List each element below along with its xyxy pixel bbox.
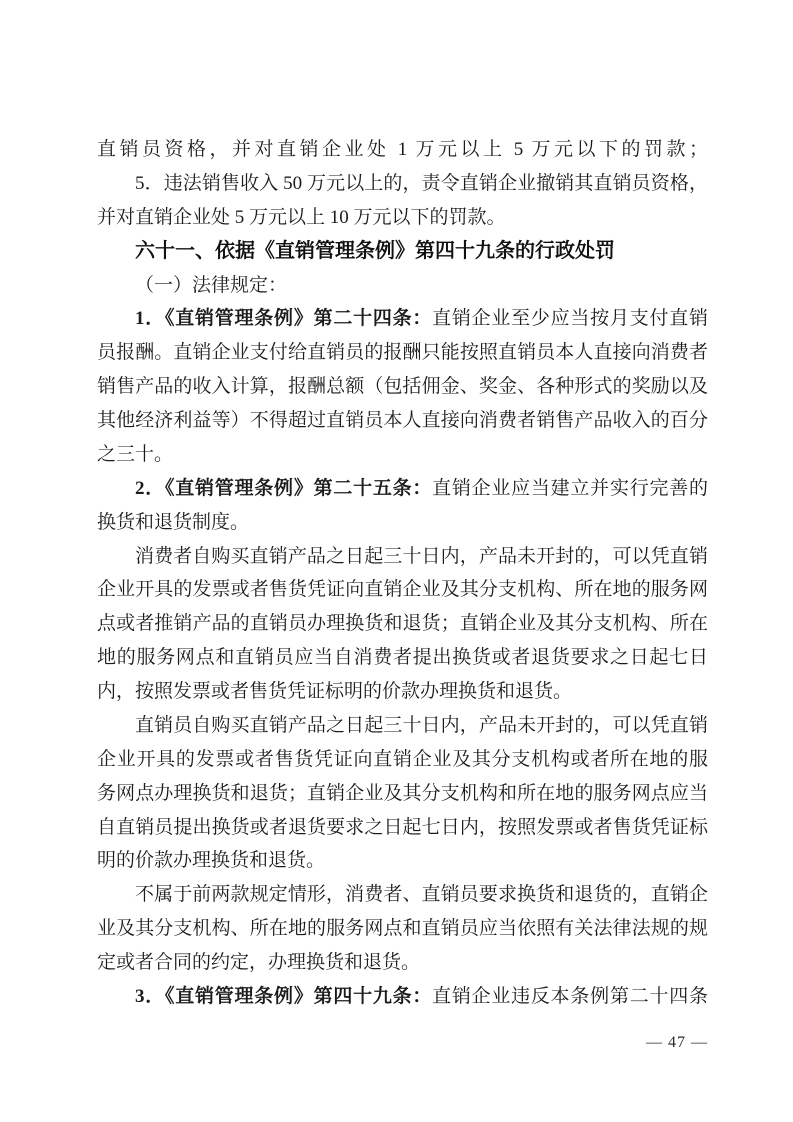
text-line: 3．《直销管理条例》第四十九条：直销企业违反本条例第二十四条 [97,980,708,1014]
text-segment: 直销企业应当建立并实行完善的 [432,478,708,499]
text-segment: 地的服务网点和直销员应当自消费者提出换货或者退货要求之日起七日 [97,647,708,668]
bold-lead-segment: 六十一、依据《直销管理条例》第四十九条的行政处罚 [135,240,615,262]
text-segment: 直销员资格，并对直销企业处 1 万元以上 5 万元以下的罚款； [97,139,708,160]
text-segment: 明的价款办理换货和退货。 [97,850,325,871]
text-segment: 并对直销企业处 5 万元以上 10 万元以下的罚款。 [97,207,506,228]
text-segment: 企业开具的发票或者售货凭证向直销企业及其分支机构或者所在地的服 [97,749,708,770]
text-line: 业及其分支机构、所在地的服务网点和直销员应当依照有关法律法规的规 [97,912,708,946]
text-line: 换货和退货制度。 [97,506,708,540]
text-segment: 不属于前两款规定情形，消费者、直销员要求换货和退货的，直销企 [135,884,708,905]
text-segment: 自直销员提出换货或者退货要求之日起七日内，按照发票或者售货凭证标 [97,817,708,838]
text-line: 销售产品的收入计算，报酬总额（包括佣金、奖金、各种形式的奖励以及 [97,370,708,404]
text-line: 不属于前两款规定情形，消费者、直销员要求换货和退货的，直销企 [97,878,708,912]
text-line: 明的价款办理换货和退货。 [97,844,708,878]
text-segment: 换货和退货制度。 [97,512,249,533]
text-segment: 5．违法销售收入 50 万元以上的，责令直销企业撤销其直销员资格， [135,173,708,194]
bold-lead-segment: 2．《直销管理条例》第二十五条： [135,478,432,499]
text-segment: 销售产品的收入计算，报酬总额（包括佣金、奖金、各种形式的奖励以及 [97,376,708,397]
text-segment: 直销员自购买直销产品之日起三十日内，产品未开封的，可以凭直销 [135,715,708,736]
text-line: 企业开具的发票或者售货凭证向直销企业及其分支机构或者所在地的服 [97,743,708,777]
text-line: 其他经济利益等）不得超过直销员本人直接向消费者销售产品收入的百分 [97,404,708,438]
page-number: — 47 — [97,1031,708,1055]
text-segment: 之三十。 [97,444,173,465]
text-line: 直销员资格，并对直销企业处 1 万元以上 5 万元以下的罚款； [97,133,708,167]
text-line: 企业开具的发票或者售货凭证向直销企业及其分支机构、所在地的服务网 [97,573,708,607]
bold-lead-segment: 1．《直销管理条例》第二十四条： [135,308,432,329]
text-segment: 直销企业违反本条例第二十四条 [432,986,708,1007]
text-line: 1．《直销管理条例》第二十四条：直销企业至少应当按月支付直销 [97,302,708,336]
text-segment: 业及其分支机构、所在地的服务网点和直销员应当依照有关法律法规的规 [97,918,708,939]
text-line: 并对直销企业处 5 万元以上 10 万元以下的罚款。 [97,201,708,235]
text-line: 之三十。 [97,438,708,472]
text-segment: 点或者推销产品的直销员办理换货和退货；直销企业及其分支机构、所在 [97,613,708,634]
document-text-block: 直销员资格，并对直销企业处 1 万元以上 5 万元以下的罚款；5．违法销售收入 … [97,133,708,1014]
text-segment: 务网点办理换货和退货；直销企业及其分支机构和所在地的服务网点应当 [97,783,708,804]
text-line: 内，按照发票或者售货凭证标明的价款办理换货和退货。 [97,675,708,709]
text-line: 5．违法销售收入 50 万元以上的，责令直销企业撤销其直销员资格， [97,167,708,201]
text-segment: 内，按照发票或者售货凭证标明的价款办理换货和退货。 [97,681,572,702]
text-line: 点或者推销产品的直销员办理换货和退货；直销企业及其分支机构、所在 [97,607,708,641]
text-segment: 企业开具的发票或者售货凭证向直销企业及其分支机构、所在地的服务网 [97,579,708,600]
section-heading: 六十一、依据《直销管理条例》第四十九条的行政处罚 [97,235,708,269]
text-segment: 其他经济利益等）不得超过直销员本人直接向消费者销售产品收入的百分 [97,410,708,431]
subsection-heading: （一）法律规定： [97,269,708,303]
text-segment: 定或者合同的约定，办理换货和退货。 [97,952,420,973]
text-segment: 直销企业至少应当按月支付直销 [432,308,708,329]
text-line: 员报酬。直销企业支付给直销员的报酬只能按照直销员本人直接向消费者 [97,336,708,370]
text-line: 直销员自购买直销产品之日起三十日内，产品未开封的，可以凭直销 [97,709,708,743]
text-line: 务网点办理换货和退货；直销企业及其分支机构和所在地的服务网点应当 [97,777,708,811]
text-segment: 消费者自购买直销产品之日起三十日内，产品未开封的，可以凭直销 [135,546,708,567]
bold-lead-segment: 3．《直销管理条例》第四十九条： [135,986,432,1007]
text-segment: （一）法律规定： [135,275,287,296]
text-line: 2．《直销管理条例》第二十五条：直销企业应当建立并实行完善的 [97,472,708,506]
text-line: 消费者自购买直销产品之日起三十日内，产品未开封的，可以凭直销 [97,540,708,574]
text-segment: 员报酬。直销企业支付给直销员的报酬只能按照直销员本人直接向消费者 [97,342,708,363]
text-line: 定或者合同的约定，办理换货和退货。 [97,946,708,980]
document-page: 直销员资格，并对直销企业处 1 万元以上 5 万元以下的罚款；5．违法销售收入 … [0,0,793,1122]
text-line: 自直销员提出换货或者退货要求之日起七日内，按照发票或者售货凭证标 [97,811,708,845]
text-line: 地的服务网点和直销员应当自消费者提出换货或者退货要求之日起七日 [97,641,708,675]
